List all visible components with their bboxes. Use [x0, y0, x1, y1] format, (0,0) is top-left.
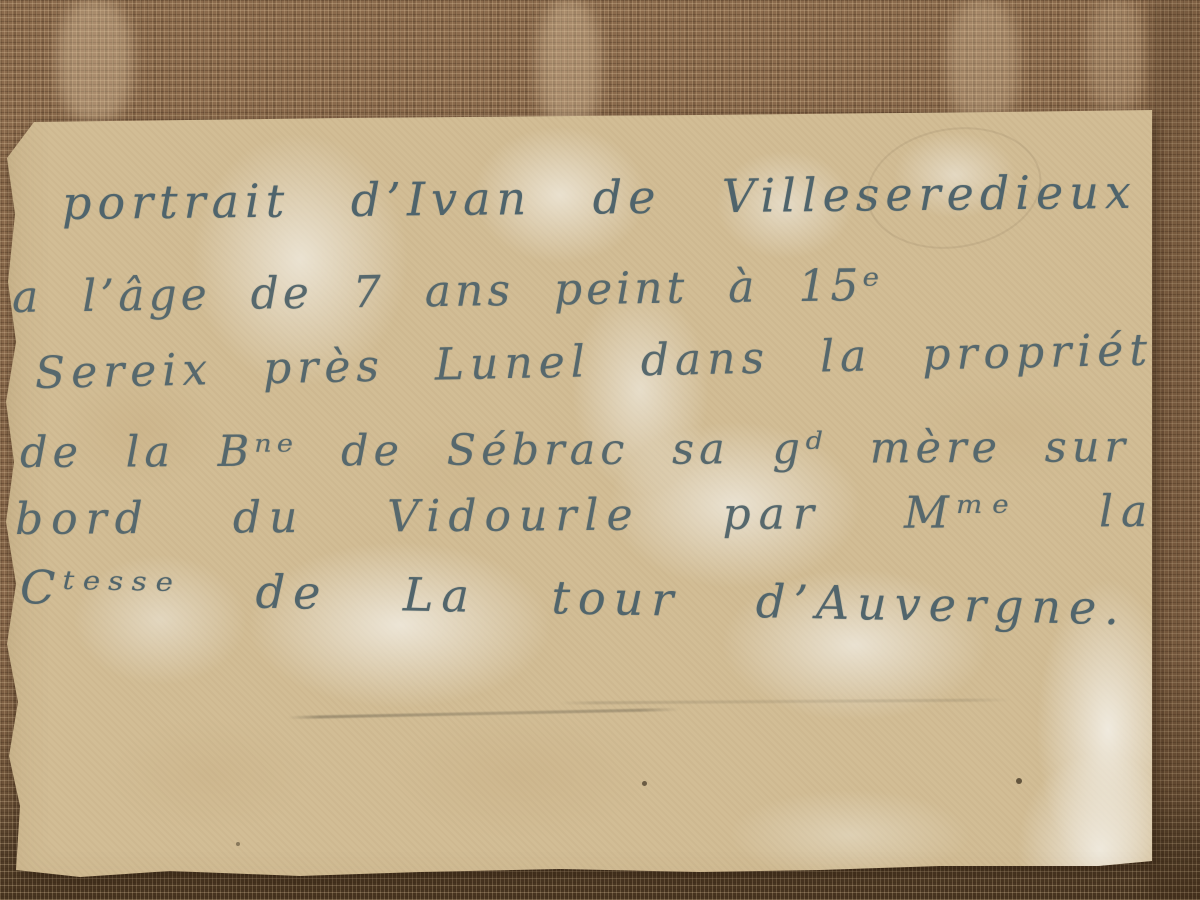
note-card-wrapper: portrait d’Ivan de Villeseredieux a l’âg…: [0, 0, 1200, 900]
ink-speck: [236, 842, 240, 846]
photo-of-handwritten-card: portrait d’Ivan de Villeseredieux a l’âg…: [0, 0, 1200, 900]
pencil-underline: [288, 708, 680, 719]
ink-speck: [642, 781, 647, 786]
handwritten-line-2: a l’âge de 7 ans peint à 15ᵉ: [12, 260, 884, 323]
embossed-ring-mark: [858, 115, 1051, 261]
pencil-underline-faint: [560, 698, 1010, 704]
note-card: portrait d’Ivan de Villeseredieux a l’âg…: [0, 0, 1200, 900]
ink-speck: [1016, 778, 1022, 784]
handwritten-line-4: de la Bⁿᵉ de Sébrac sa gᵈ mère sur la: [20, 422, 1200, 478]
handwritten-line-6: Cᵗᵉˢˢᵉ de La tour d’Auvergne.: [19, 560, 1127, 635]
handwritten-line-3: Sereix près Lunel dans la propriété: [34, 324, 1185, 399]
handwritten-line-5: bord du Vidourle par Mᵐᵉ la: [15, 486, 1156, 545]
